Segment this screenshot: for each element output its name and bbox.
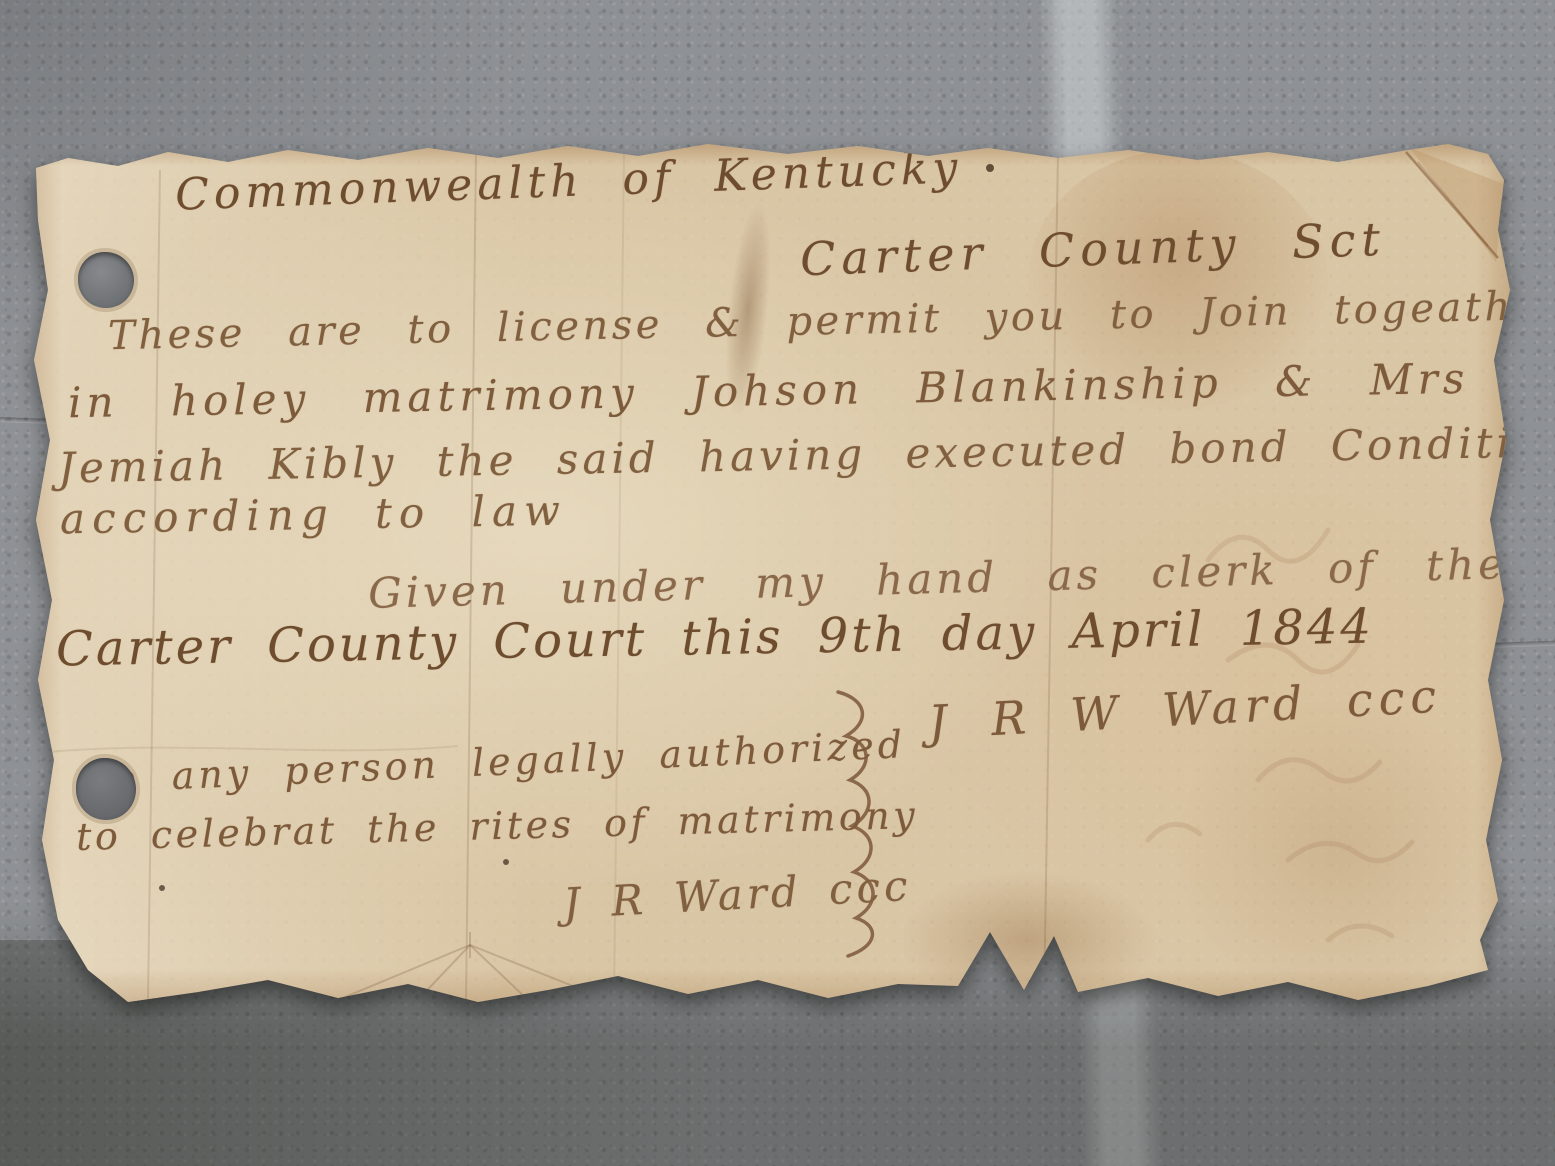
addressee-line-1: To any person legally authorized	[85, 722, 906, 802]
radiating-crease	[338, 932, 588, 1006]
header-county: Carter County Sct	[799, 212, 1386, 286]
body-line-1: These are to license & permit you to Joi…	[108, 283, 1555, 359]
body-line-2: in holey matrimony Johson Blankinship & …	[68, 354, 1470, 427]
stain-right-low	[1178, 700, 1498, 1000]
punch-hole-top	[78, 252, 134, 308]
addressee-line-2: to celebrat the rites of matrimony	[76, 793, 919, 859]
folded-corner	[1404, 146, 1508, 266]
header-commonwealth: Commonwealth of Kentucky	[174, 142, 963, 220]
body-line-4: according to law	[60, 486, 568, 544]
punch-hole-bottom	[76, 758, 136, 820]
stain-bottom-center	[898, 870, 1158, 1010]
clerk-signature-main: J R W Ward ccc	[927, 669, 1443, 750]
body-line-6: Carter County Court this 9th day April 1…	[56, 599, 1375, 678]
document-paper: Commonwealth of Kentucky Carter County S…	[28, 140, 1512, 1010]
clerk-signature-secondary: J R Ward ccc	[562, 861, 913, 928]
paper-sheet: Commonwealth of Kentucky Carter County S…	[28, 140, 1512, 1010]
body-line-3: Jemiah Kibly the said having executed bo…	[58, 417, 1555, 493]
photo-of-document: Commonwealth of Kentucky Carter County S…	[0, 0, 1555, 1166]
